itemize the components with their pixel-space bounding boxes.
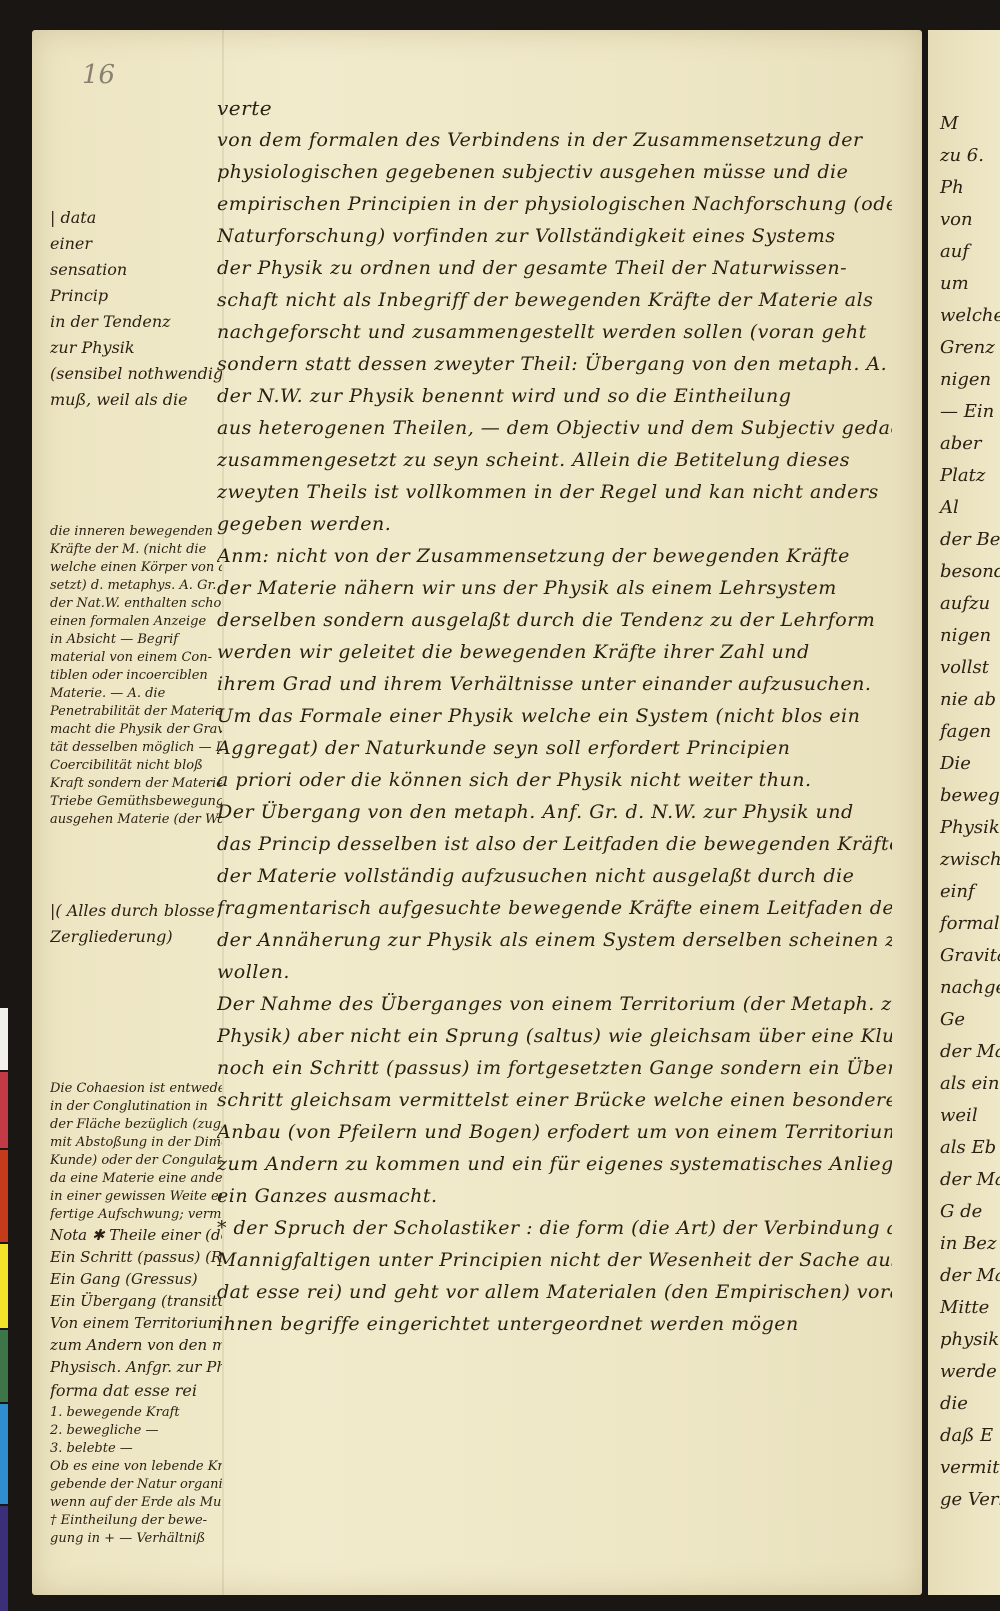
- heading-verte: verte: [217, 92, 892, 124]
- margin-line: die inneren bewegenden: [50, 523, 222, 541]
- text-line: Der Nahme des Überganges von einem Terri…: [217, 988, 892, 1020]
- margin-line: zur Physik: [50, 335, 222, 361]
- facing-line: von: [928, 204, 1000, 236]
- text-line: ein Ganzes ausmacht.: [217, 1180, 892, 1212]
- margin-line: Kräfte der M. (nicht die: [50, 541, 222, 559]
- facing-line: zu 6.: [928, 140, 1000, 172]
- margin-line: material von einem Con-: [50, 649, 222, 667]
- calibration-blue: [0, 1404, 8, 1504]
- facing-line: weil: [928, 1100, 1000, 1132]
- margin-line: Ein Übergang (transitus): [50, 1290, 222, 1312]
- margin-line: mit Abstoßung in der Dimension-: [50, 1134, 222, 1152]
- text-line: a priori oder die können sich der Physik…: [217, 764, 892, 796]
- text-line: derselben sondern ausgelaßt durch die Te…: [217, 604, 892, 636]
- facing-line: Ge: [928, 1004, 1000, 1036]
- margin-line: der Nat.W. enthalten schon: [50, 595, 222, 613]
- manuscript-page: 16 | data einer sensation Princip in der…: [32, 30, 922, 1595]
- facing-line: — Ein: [928, 396, 1000, 428]
- margin-line: welche einen Körper von außen: [50, 559, 222, 577]
- calibration-violet: [0, 1506, 8, 1611]
- text-line: der N.W. zur Physik benennt wird und so …: [217, 380, 892, 412]
- text-line: fragmentarisch aufgesuchte bewegende Krä…: [217, 892, 892, 924]
- margin-line: gung in + — Verhältniß: [50, 1530, 222, 1548]
- margin-line: zum Andern von den metaph.: [50, 1334, 222, 1356]
- facing-line: in Bez: [928, 1228, 1000, 1260]
- facing-line: einf: [928, 876, 1000, 908]
- margin-line: 3. belebte —: [50, 1440, 222, 1458]
- margin-line: einen formalen Anzeige: [50, 613, 222, 631]
- margin-line: muß, weil als die: [50, 387, 222, 413]
- margin-line: Penetrabilität der Materie: [50, 703, 222, 721]
- margin-line: Princip: [50, 283, 222, 309]
- facing-line: nigen: [928, 364, 1000, 396]
- margin-notes-bottom: Die Cohaesion ist entweder in der Conglu…: [50, 1080, 222, 1548]
- margin-line: Zergliederung): [50, 924, 222, 950]
- text-line: dat esse rei) und geht vor allem Materia…: [217, 1276, 892, 1308]
- margin-line: Ein Gang (Gressus): [50, 1268, 222, 1290]
- text-line: schritt gleichsam vermittelst einer Brüc…: [217, 1084, 892, 1116]
- facing-line: nigen: [928, 620, 1000, 652]
- text-line: das Princip desselben ist also der Leitf…: [217, 828, 892, 860]
- text-line: ihrem Grad und ihrem Verhältnisse unter …: [217, 668, 892, 700]
- margin-line: macht die Physik der Gravi-: [50, 721, 222, 739]
- facing-line: zwischen: [928, 844, 1000, 876]
- text-line: zweyten Theils ist vollkommen in der Reg…: [217, 476, 892, 508]
- text-line: gegeben werden.: [217, 508, 892, 540]
- facing-line: auf: [928, 236, 1000, 268]
- margin-line: Kunde) oder der Congulatur: [50, 1152, 222, 1170]
- margin-line: † Eintheilung der bewe-: [50, 1512, 222, 1530]
- facing-line: um: [928, 268, 1000, 300]
- facing-line: aber: [928, 428, 1000, 460]
- margin-note-bracket: |( Alles durch blosse Zergliederung): [50, 898, 222, 950]
- text-line: Um das Formale einer Physik welche ein S…: [217, 700, 892, 732]
- margin-notes-top: | data einer sensation Princip in der Te…: [50, 205, 222, 413]
- facing-line: physik: [928, 1324, 1000, 1356]
- facing-line: ge Verhält: [928, 1484, 1000, 1516]
- margin-line: ausgehen Materie (der Wärmestoff): [50, 811, 222, 829]
- margin-line: Die Cohaesion ist entweder: [50, 1080, 222, 1098]
- text-line: Der Übergang von den metaph. Anf. Gr. d.…: [217, 796, 892, 828]
- margin-line: in der Conglutination in: [50, 1098, 222, 1116]
- margin-line: Triebe Gemüthsbewegungs: [50, 793, 222, 811]
- margin-line: in der Tendenz: [50, 309, 222, 335]
- facing-line: nie ab: [928, 684, 1000, 716]
- text-line: wollen.: [217, 956, 892, 988]
- facing-line: vermitt: [928, 1452, 1000, 1484]
- facing-line: Al: [928, 492, 1000, 524]
- text-line: ihnen begriffe eingerichtet untergeordne…: [217, 1308, 892, 1340]
- margin-line: |( Alles durch blosse: [50, 898, 222, 924]
- margin-line: Materie. — A. die: [50, 685, 222, 703]
- facing-line: M: [928, 108, 1000, 140]
- margin-line: Kraft sondern der Materie: [50, 775, 222, 793]
- margin-line: fertige Aufschwung; vermög einer: [50, 1206, 222, 1224]
- facing-line: Gravita: [928, 940, 1000, 972]
- text-line: der Physik zu ordnen und der gesamte The…: [217, 252, 892, 284]
- main-text-body: verte von dem formalen des Verbindens in…: [217, 92, 892, 1340]
- text-line: sondern statt dessen zweyter Theil: Über…: [217, 348, 892, 380]
- facing-line: vollst: [928, 652, 1000, 684]
- margin-line: Nota ✱ Theile einer (der Geboten: [50, 1224, 222, 1246]
- facing-line: als ein: [928, 1068, 1000, 1100]
- facing-line: daß E: [928, 1420, 1000, 1452]
- facing-line: bewegl: [928, 780, 1000, 812]
- text-line: der Materie vollständig aufzusuchen nich…: [217, 860, 892, 892]
- facing-line: formal: [928, 908, 1000, 940]
- margin-line: in Absicht — Begrif: [50, 631, 222, 649]
- margin-line: tät desselben möglich — Die: [50, 739, 222, 757]
- facing-line: fagen: [928, 716, 1000, 748]
- facing-line: welche: [928, 300, 1000, 332]
- folio-number: 16: [82, 60, 115, 90]
- facing-line: der Ma: [928, 1036, 1000, 1068]
- text-line: physiologischen gegebenen subjectiv ausg…: [217, 156, 892, 188]
- text-line: empirischen Principien in der physiologi…: [217, 188, 892, 220]
- facing-line: Ph: [928, 172, 1000, 204]
- facing-line: der Ma: [928, 1260, 1000, 1292]
- text-line: zusammengesetzt zu seyn scheint. Allein …: [217, 444, 892, 476]
- margin-line: Ob es eine von lebende Kraft: [50, 1458, 222, 1476]
- margin-line: forma dat esse rei: [50, 1378, 222, 1404]
- text-line: der Materie nähern wir uns der Physik al…: [217, 572, 892, 604]
- margin-line: Von einem Territorium: [50, 1312, 222, 1334]
- facing-line: der Ma: [928, 1164, 1000, 1196]
- margin-line: 2. bewegliche —: [50, 1422, 222, 1440]
- calibration-red: [0, 1072, 8, 1148]
- facing-line: Mitte: [928, 1292, 1000, 1324]
- facing-line: der Be: [928, 524, 1000, 556]
- margin-line: in einer gewissen Weite erwerbe: [50, 1188, 222, 1206]
- text-line: von dem formalen des Verbindens in der Z…: [217, 124, 892, 156]
- facing-line: die: [928, 1388, 1000, 1420]
- text-line: Physik) aber nicht ein Sprung (saltus) w…: [217, 1020, 892, 1052]
- margin-line: Coercibilität nicht bloß: [50, 757, 222, 775]
- facing-line: G de: [928, 1196, 1000, 1228]
- calibration-orange-red: [0, 1150, 8, 1242]
- text-line: Anm: nicht von der Zusammensetzung der b…: [217, 540, 892, 572]
- margin-line: der Fläche bezüglich (zugleich: [50, 1116, 222, 1134]
- facing-line: werde: [928, 1356, 1000, 1388]
- facing-line: aufzu: [928, 588, 1000, 620]
- margin-notes-mid: die inneren bewegenden Kräfte der M. (ni…: [50, 523, 222, 829]
- margin-line: Ein Schritt (passus) (Raumgröße) geben: [50, 1246, 222, 1268]
- facing-line: Die: [928, 748, 1000, 780]
- calibration-green: [0, 1330, 8, 1402]
- margin-line: 1. bewegende Kraft: [50, 1404, 222, 1422]
- facing-line: besond: [928, 556, 1000, 588]
- text-line: Naturforschung) vorfinden zur Vollständi…: [217, 220, 892, 252]
- margin-line: wenn auf der Erde als Mutter: [50, 1494, 222, 1512]
- facing-line: Physik: [928, 812, 1000, 844]
- facing-line: Grenz: [928, 332, 1000, 364]
- facing-page-edge: M zu 6. Ph von auf um welche Grenz nigen…: [928, 30, 1000, 1595]
- calibration-white: [0, 1008, 8, 1070]
- facing-line: als Eb: [928, 1132, 1000, 1164]
- text-line: schaft nicht als Inbegriff der bewegende…: [217, 284, 892, 316]
- text-line: der Annäherung zur Physik als einem Syst…: [217, 924, 892, 956]
- facing-line: nachgen: [928, 972, 1000, 1004]
- margin-line: gebende der Natur organisch: [50, 1476, 222, 1494]
- text-line: zum Andern zu kommen und ein für eigenes…: [217, 1148, 892, 1180]
- text-line: * der Spruch der Scholastiker : die form…: [217, 1212, 892, 1244]
- margin-line: setzt) d. metaphys. A. Gr.: [50, 577, 222, 595]
- text-line: aus heterogenen Theilen, — dem Objectiv …: [217, 412, 892, 444]
- text-line: Mannigfaltigen unter Principien nicht de…: [217, 1244, 892, 1276]
- margin-line: Physisch. Anfgr. zur Physik †: [50, 1356, 222, 1378]
- facing-line: Platz: [928, 460, 1000, 492]
- margin-line: sensation: [50, 257, 222, 283]
- text-line: noch ein Schritt (passus) im fortgesetzt…: [217, 1052, 892, 1084]
- text-line: werden wir geleitet die bewegenden Kräft…: [217, 636, 892, 668]
- margin-line: (sensibel nothwendig bestimmen: [50, 361, 222, 387]
- text-line: Anbau (von Pfeilern und Bogen) erfodert …: [217, 1116, 892, 1148]
- calibration-yellow: [0, 1244, 8, 1328]
- margin-line: einer: [50, 231, 222, 257]
- margin-line: da eine Materie eine andere: [50, 1170, 222, 1188]
- margin-line: tiblen oder incoerciblen: [50, 667, 222, 685]
- text-line: nachgeforscht und zusammengestellt werde…: [217, 316, 892, 348]
- margin-line: | data: [50, 205, 222, 231]
- text-line: Aggregat) der Naturkunde seyn soll erfor…: [217, 732, 892, 764]
